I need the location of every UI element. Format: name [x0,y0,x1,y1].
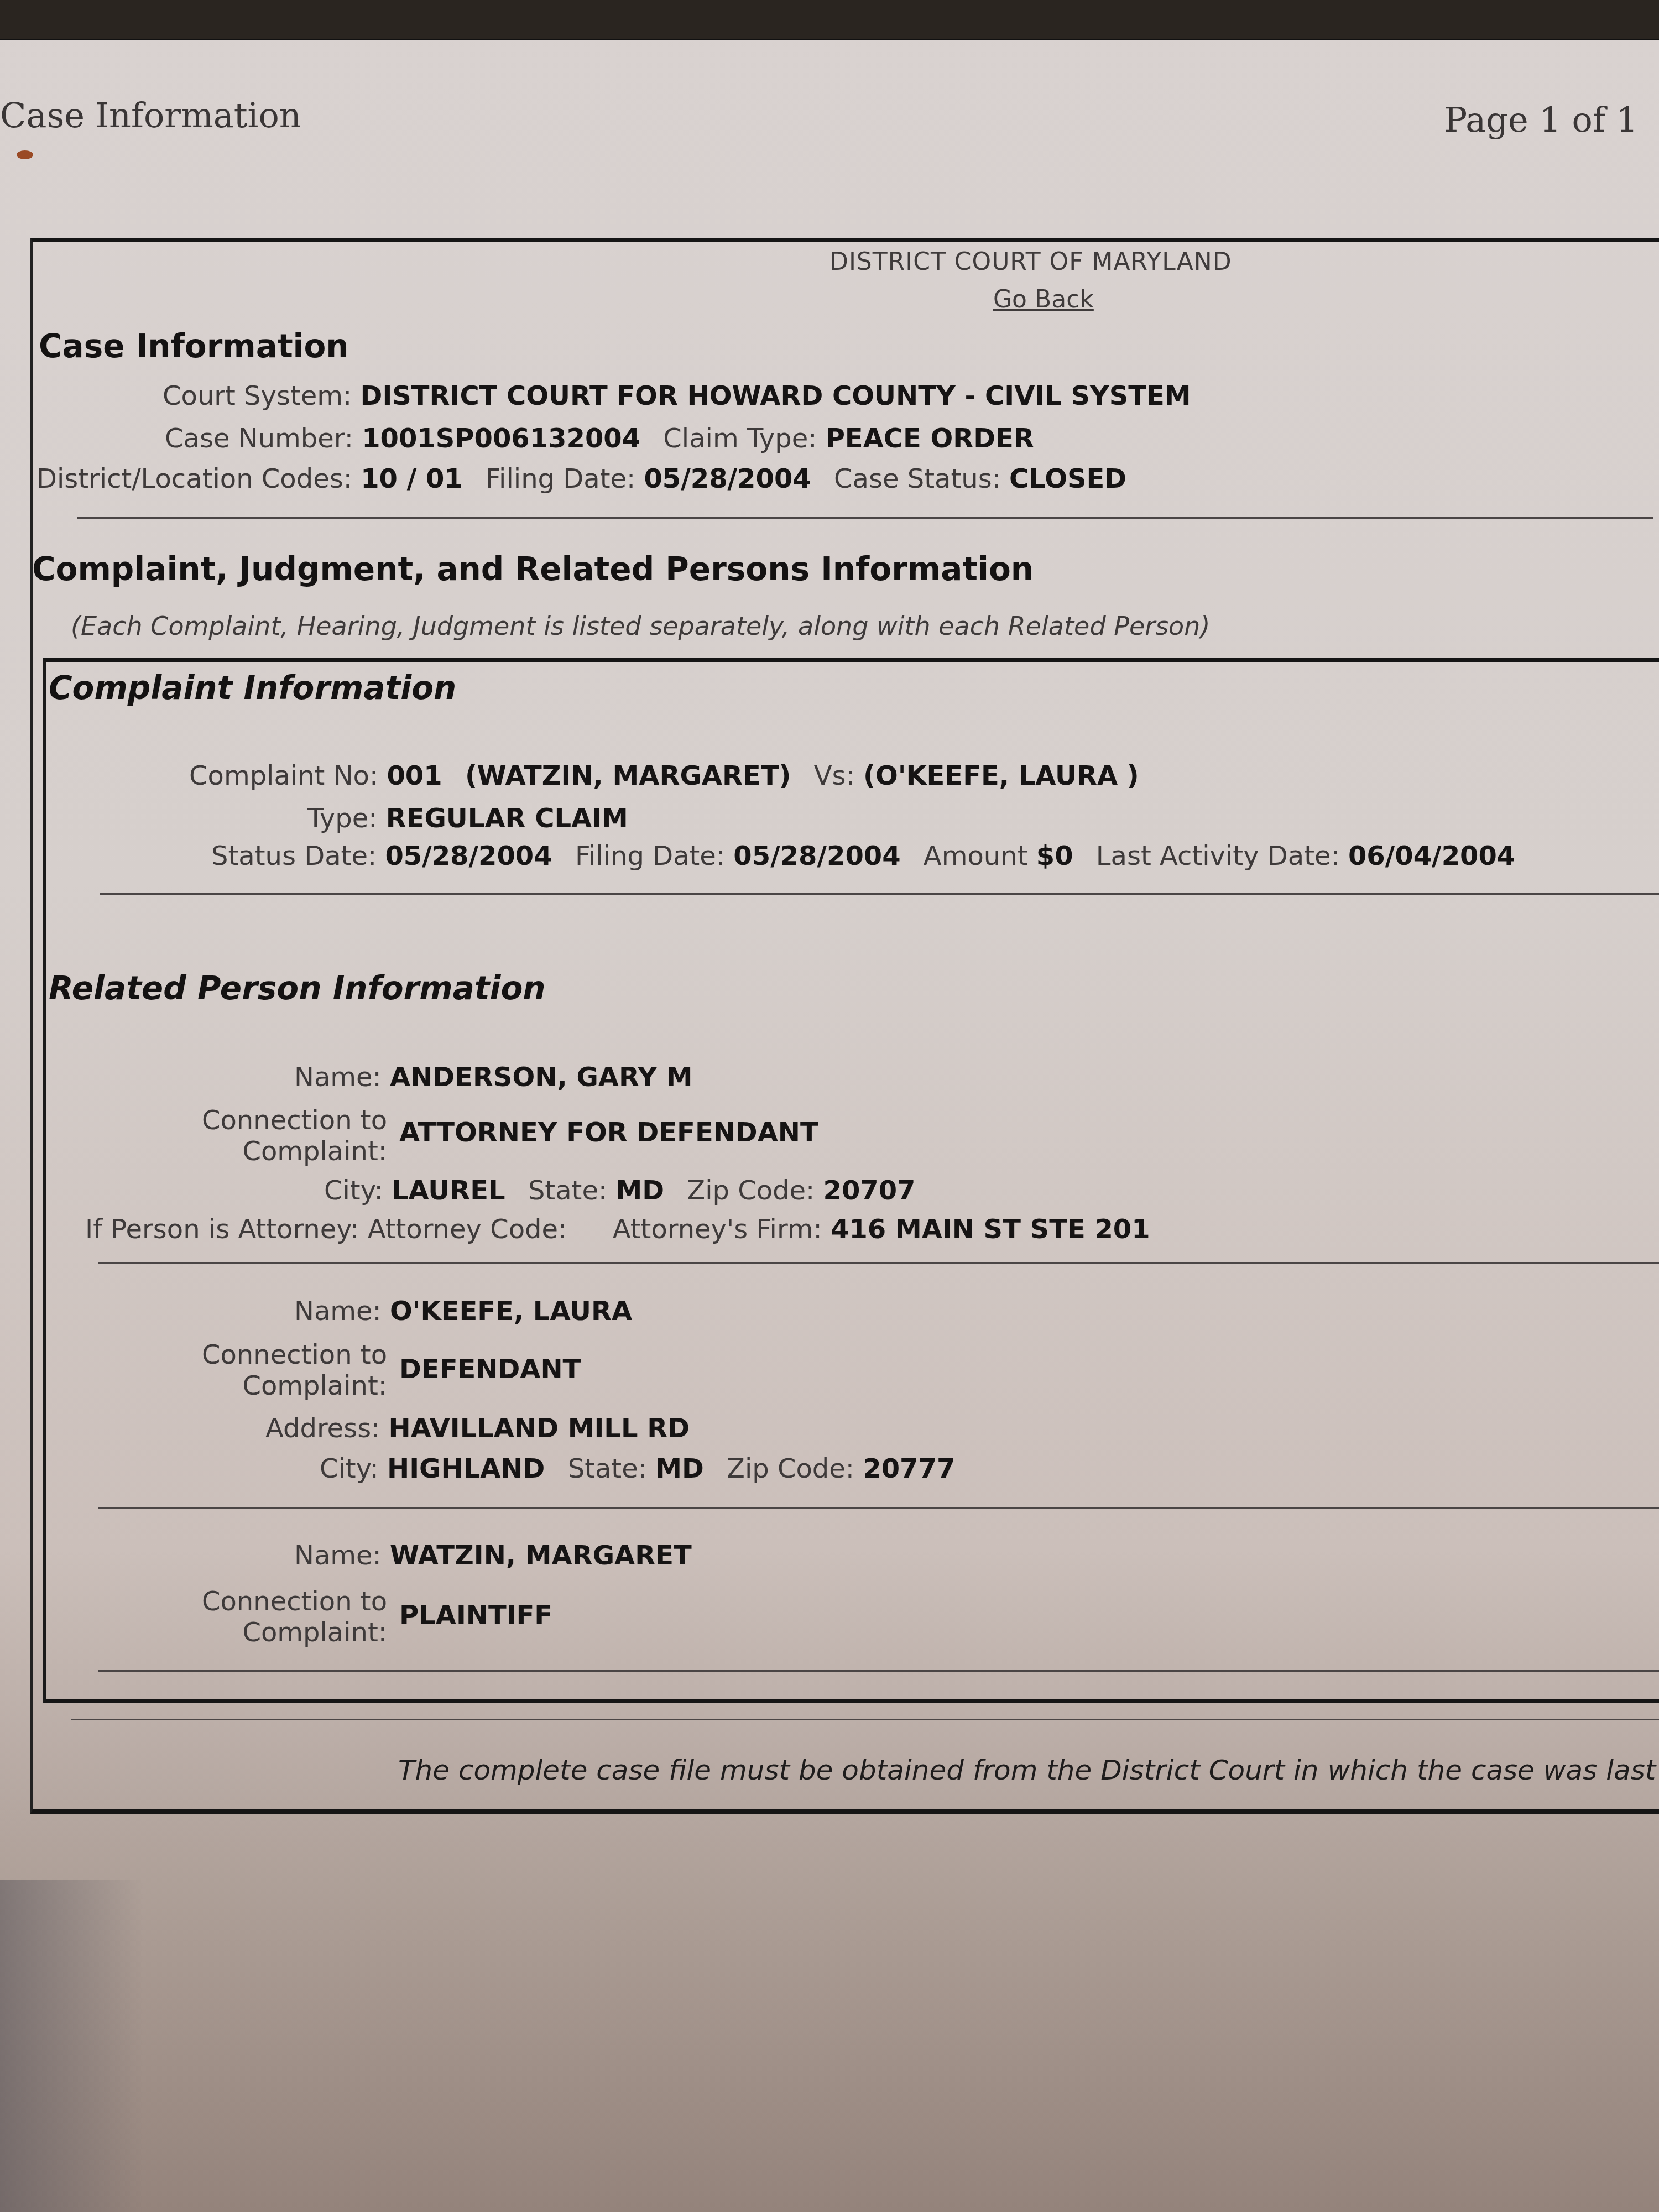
case-number-value: 1001SP006132004 [362,423,640,454]
court-system-row: Court System: DISTRICT COURT FOR HOWARD … [163,380,1191,411]
case-status-value: CLOSED [1009,463,1126,494]
divider [100,893,1659,895]
city-label: City: [324,1175,383,1206]
zip-label: Zip Code: [687,1175,815,1206]
person-connection: DEFENDANT [399,1354,581,1385]
name-label: Name: [294,1062,382,1093]
location-codes-value: 10 / 01 [361,463,463,494]
complaint-info-heading: Complaint Information [49,669,456,707]
person-city: LAUREL [392,1175,505,1206]
city-label: City: [320,1453,379,1484]
filing-date-value: 05/28/2004 [644,463,811,494]
case-info-heading: Case Information [39,327,349,365]
person-state: MD [615,1175,664,1206]
complaint-no-label: Complaint No: [189,760,378,791]
court-title: DISTRICT COURT OF MARYLAND [830,248,1232,276]
paper-stain [17,150,33,159]
person-state: MD [655,1453,704,1484]
court-system-value: DISTRICT COURT FOR HOWARD COUNTY - CIVIL… [361,380,1191,411]
amount-label: Amount [924,841,1028,872]
amount-value: $0 [1036,841,1073,872]
divider [98,1507,1659,1509]
case-number-row: Case Number: 1001SP006132004 Claim Type:… [165,423,1034,454]
connection-label: Connection to Complaint: [166,1586,387,1648]
attorney-firm-label: Attorney's Firm: [613,1214,822,1245]
status-date-value: 05/28/2004 [385,841,552,872]
complaint-type-value: REGULAR CLAIM [386,803,628,834]
person-2-name-row: Name: O'KEEFE, LAURA [294,1296,632,1327]
divider [98,1262,1659,1264]
location-codes-label: District/Location Codes: [36,463,352,494]
person-connection: ATTORNEY FOR DEFENDANT [399,1117,818,1148]
divider [71,1719,1659,1720]
vs-label: Vs: [814,760,855,791]
print-header-page: Page 1 of 1 [1444,100,1638,140]
defendant-value: (O'KEEFE, LAURA ) [863,760,1139,791]
divider [98,1670,1659,1672]
zip-label: Zip Code: [727,1453,854,1484]
footer-note: The complete case file must be obtained … [398,1754,1659,1786]
complaint-filing-date-value: 05/28/2004 [733,841,900,872]
person-1-name-row: Name: ANDERSON, GARY M [294,1062,693,1093]
address-label: Address: [265,1413,380,1444]
location-row: District/Location Codes: 10 / 01 Filing … [36,463,1126,494]
connection-label: Connection to Complaint: [166,1105,387,1167]
person-zip: 20777 [863,1453,955,1484]
person-city: HIGHLAND [387,1453,545,1484]
state-label: State: [568,1453,647,1484]
cjrp-note: (Each Complaint, Hearing, Judgment is li… [71,611,1210,641]
status-date-label: Status Date: [211,841,377,872]
person-zip: 20707 [823,1175,916,1206]
attorney-code-label: Attorney Code: [368,1214,567,1245]
last-activity-label: Last Activity Date: [1096,841,1340,872]
last-activity-value: 06/04/2004 [1348,841,1515,872]
person-name: WATZIN, MARGARET [390,1540,692,1571]
go-back-link[interactable]: Go Back [993,285,1094,314]
name-label: Name: [294,1540,382,1571]
name-label: Name: [294,1296,382,1327]
complaint-no-value: 001 [387,760,442,791]
plaintiff-value: (WATZIN, MARGARET) [465,760,791,791]
complaint-dates-row: Status Date: 05/28/2004 Filing Date: 05/… [211,841,1515,872]
complaint-no-row: Complaint No: 001 (WATZIN, MARGARET) Vs:… [189,760,1139,791]
person-connection: PLAINTIFF [399,1600,552,1631]
cjrp-heading: Complaint, Judgment, and Related Persons… [32,550,1034,588]
person-name: ANDERSON, GARY M [390,1062,693,1093]
complaint-filing-date-label: Filing Date: [575,841,725,872]
person-name: O'KEEFE, LAURA [390,1296,632,1327]
case-status-label: Case Status: [834,463,1001,494]
case-number-label: Case Number: [165,423,353,454]
person-2-address-row: Address: HAVILLAND MILL RD [265,1413,690,1444]
connection-label: Connection to Complaint: [166,1339,387,1401]
person-1-attorney-row: If Person is Attorney: Attorney Code: At… [85,1214,1150,1245]
person-2-city-row: City: HIGHLAND State: MD Zip Code: 20777 [320,1453,955,1484]
shadow [0,1880,144,2212]
claim-type-value: PEACE ORDER [826,423,1034,454]
if-attorney-label: If Person is Attorney: [85,1214,359,1245]
related-info-heading: Related Person Information [49,969,546,1007]
complaint-type-label: Type: [307,803,377,834]
court-system-label: Court System: [163,380,352,411]
complaint-type-row: Type: REGULAR CLAIM [307,803,628,834]
filing-date-label: Filing Date: [486,463,635,494]
print-header-title: Case Information [0,95,301,135]
person-address: HAVILLAND MILL RD [389,1413,690,1444]
claim-type-label: Claim Type: [663,423,817,454]
person-3-name-row: Name: WATZIN, MARGARET [294,1540,692,1571]
person-1-city-row: City: LAUREL State: MD Zip Code: 20707 [324,1175,916,1206]
divider [77,517,1653,519]
background-surface [0,0,1659,40]
attorney-firm-value: 416 MAIN ST STE 201 [831,1214,1150,1245]
state-label: State: [528,1175,607,1206]
